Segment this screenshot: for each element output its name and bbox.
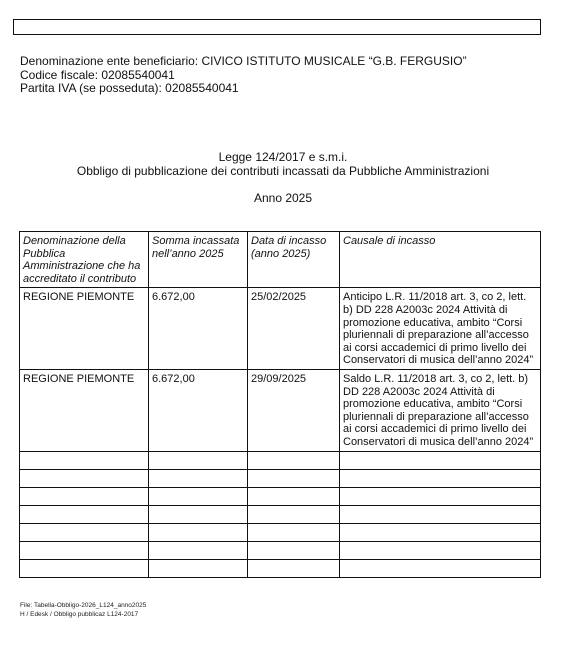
- empty-cell: [340, 487, 541, 505]
- empty-cell: [340, 523, 541, 541]
- column-header-date: Data di incasso (anno 2025): [248, 232, 340, 288]
- footer-path: H / Edesk / Obbligo pubblicaz L124-2017: [20, 610, 146, 619]
- empty-cell: [248, 523, 340, 541]
- cell-amount: 6.672,00: [149, 369, 248, 451]
- column-header-amount: Somma incassata nell’anno 2025: [149, 232, 248, 288]
- empty-cell: [20, 451, 149, 469]
- empty-cell: [340, 541, 541, 559]
- table-row: REGIONE PIEMONTE 6.672,00 25/02/2025 Ant…: [20, 288, 541, 370]
- empty-cell: [248, 487, 340, 505]
- document-footer: File: Tabella-Obbligo-2026_L124_anno2025…: [20, 601, 146, 619]
- empty-table-row: [20, 469, 541, 487]
- empty-table-row: [20, 559, 541, 577]
- empty-cell: [149, 469, 248, 487]
- empty-cell: [20, 505, 149, 523]
- obligation-title: Obbligo di pubblicazione dei contributi …: [0, 164, 566, 178]
- empty-cell: [20, 559, 149, 577]
- cell-administration: REGIONE PIEMONTE: [20, 369, 149, 451]
- column-header-administration: Denominazione della Pubblica Amministraz…: [20, 232, 149, 288]
- empty-table-row: [20, 541, 541, 559]
- tax-code: Codice fiscale: 02085540041: [20, 69, 467, 83]
- empty-table-row: [20, 487, 541, 505]
- law-reference: Legge 124/2017 e s.m.i.: [0, 150, 566, 164]
- empty-cell: [340, 469, 541, 487]
- empty-cell: [149, 559, 248, 577]
- empty-cell: [248, 559, 340, 577]
- cell-date: 25/02/2025: [248, 288, 340, 370]
- table-row: REGIONE PIEMONTE 6.672,00 29/09/2025 Sal…: [20, 369, 541, 451]
- empty-cell: [149, 487, 248, 505]
- cell-reason: Anticipo L.R. 11/2018 art. 3, co 2, lett…: [340, 288, 541, 370]
- empty-cell: [20, 469, 149, 487]
- empty-cell: [248, 451, 340, 469]
- empty-cell: [20, 523, 149, 541]
- cell-reason: Saldo L.R. 11/2018 art. 3, co 2, lett. b…: [340, 369, 541, 451]
- empty-cell: [248, 541, 340, 559]
- empty-cell: [149, 505, 248, 523]
- empty-cell: [248, 505, 340, 523]
- empty-cell: [340, 505, 541, 523]
- beneficiary-info: Denominazione ente beneficiario: CIVICO …: [20, 55, 467, 96]
- empty-cell: [149, 523, 248, 541]
- empty-cell: [149, 451, 248, 469]
- footer-file-name: File: Tabella-Obbligo-2026_L124_anno2025: [20, 601, 146, 610]
- table-header-row: Denominazione della Pubblica Amministraz…: [20, 232, 541, 288]
- empty-cell: [248, 469, 340, 487]
- column-header-reason: Causale di incasso: [340, 232, 541, 288]
- beneficiary-name: Denominazione ente beneficiario: CIVICO …: [20, 55, 467, 69]
- cell-date: 29/09/2025: [248, 369, 340, 451]
- empty-cell: [340, 559, 541, 577]
- contributions-table: Denominazione della Pubblica Amministraz…: [19, 231, 541, 578]
- empty-cell: [149, 541, 248, 559]
- year-title: Anno 2025: [0, 191, 566, 205]
- cell-amount: 6.672,00: [149, 288, 248, 370]
- cell-administration: REGIONE PIEMONTE: [20, 288, 149, 370]
- vat-number: Partita IVA (se posseduta): 02085540041: [20, 82, 467, 96]
- empty-cell: [20, 541, 149, 559]
- empty-table-row: [20, 505, 541, 523]
- empty-table-row: [20, 523, 541, 541]
- empty-table-row: [20, 451, 541, 469]
- empty-cell: [20, 487, 149, 505]
- empty-cell: [340, 451, 541, 469]
- header-blank-box: [13, 19, 541, 35]
